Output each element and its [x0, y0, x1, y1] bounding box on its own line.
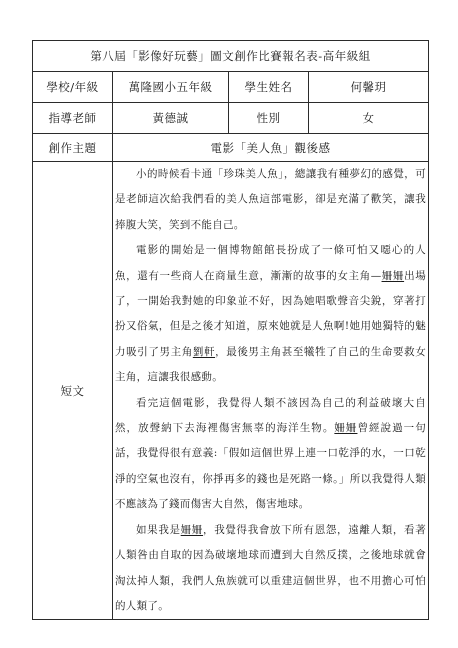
teacher-gender-row: 指導老師 黃德誠 性別 女 — [33, 103, 429, 134]
topic-row: 創作主題 電影「美人魚」觀後感 — [33, 134, 429, 162]
title-row: 第八屆「影像好玩藝」圖文創作比賽報名表-高年級組 — [33, 41, 429, 72]
underlined-character-name: 姍姍 — [382, 270, 405, 282]
essay-text-segment: 出場了，一開始我對她的印象並不好，因為她唱歌聲音尖銳，穿著打扮又俗氣，但是之後才… — [115, 270, 426, 358]
essay-text-segment: 小的時候看卡通「珍珠美人魚」，總讓我有種夢幻的感覺，可是老師這次給我們看的美人魚… — [115, 168, 426, 231]
registration-form-table: 第八屆「影像好玩藝」圖文創作比賽報名表-高年級組 學校/年級 萬隆國小五年級 學… — [32, 40, 429, 620]
school-student-row: 學校/年級 萬隆國小五年級 學生姓名 何馨玥 — [33, 72, 429, 103]
essay-paragraph: 看完這個電影，我覺得人類不該因為自己的利益破壞大自然，放聲納下去海裡傷害無辜的海… — [115, 391, 426, 518]
topic-value: 電影「美人魚」觀後感 — [113, 134, 429, 162]
form-title: 第八屆「影像好玩藝」圖文創作比賽報名表-高年級組 — [33, 41, 429, 72]
student-name-value: 何馨玥 — [309, 72, 429, 103]
underlined-character-name: 姍姍 — [181, 524, 203, 536]
topic-label: 創作主題 — [33, 134, 113, 162]
gender-label: 性別 — [229, 103, 309, 134]
essay-text-segment: ，我覺得我會放下所有恩怨，遠離人類，看著人類咎由自取的因為破壞地球而遭到大自然反… — [115, 524, 426, 612]
essay-label: 短文 — [33, 162, 113, 620]
essay-text: 小的時候看卡通「珍珠美人魚」，總讓我有種夢幻的感覺，可是老師這次給我們看的美人魚… — [115, 162, 426, 619]
essay-paragraph: 小的時候看卡通「珍珠美人魚」，總讓我有種夢幻的感覺，可是老師這次給我們看的美人魚… — [115, 162, 426, 238]
gender-value: 女 — [309, 103, 429, 134]
student-name-label: 學生姓名 — [229, 72, 309, 103]
essay-cell: 小的時候看卡通「珍珠美人魚」，總讓我有種夢幻的感覺，可是老師這次給我們看的美人魚… — [113, 162, 429, 620]
essay-paragraph: 如果我是姍姍，我覺得我會放下所有恩怨，遠離人類，看著人類咎由自取的因為破壞地球而… — [115, 518, 426, 620]
essay-text-segment: 如果我是 — [136, 524, 181, 536]
school-grade-label: 學校/年級 — [33, 72, 113, 103]
underlined-character-name: 姍姍 — [334, 422, 357, 434]
teacher-label: 指導老師 — [33, 103, 113, 134]
essay-row: 短文 小的時候看卡通「珍珠美人魚」，總讓我有種夢幻的感覺，可是老師這次給我們看的… — [33, 162, 429, 620]
school-grade-value: 萬隆國小五年級 — [113, 72, 229, 103]
essay-text-segment: 曾經說過一句話，我覺得很有意義:「假如這個世界上連一口乾淨的水，一口乾淨的空氣也… — [115, 422, 426, 510]
essay-paragraph: 電影的開始是一個博物館館長扮成了一條可怕又噁心的人魚，還有一些商人在商量生意，漸… — [115, 238, 426, 390]
registration-form-page: 第八屆「影像好玩藝」圖文創作比賽報名表-高年級組 學校/年級 萬隆國小五年級 學… — [0, 0, 458, 648]
underlined-character-name: 劉軒 — [193, 346, 215, 358]
essay-text-segment: 電影的開始是一個博物館館長扮成了一條可怕又噁心的人魚，還有一些商人在商量生意，漸… — [115, 244, 426, 281]
teacher-value: 黃德誠 — [113, 103, 229, 134]
